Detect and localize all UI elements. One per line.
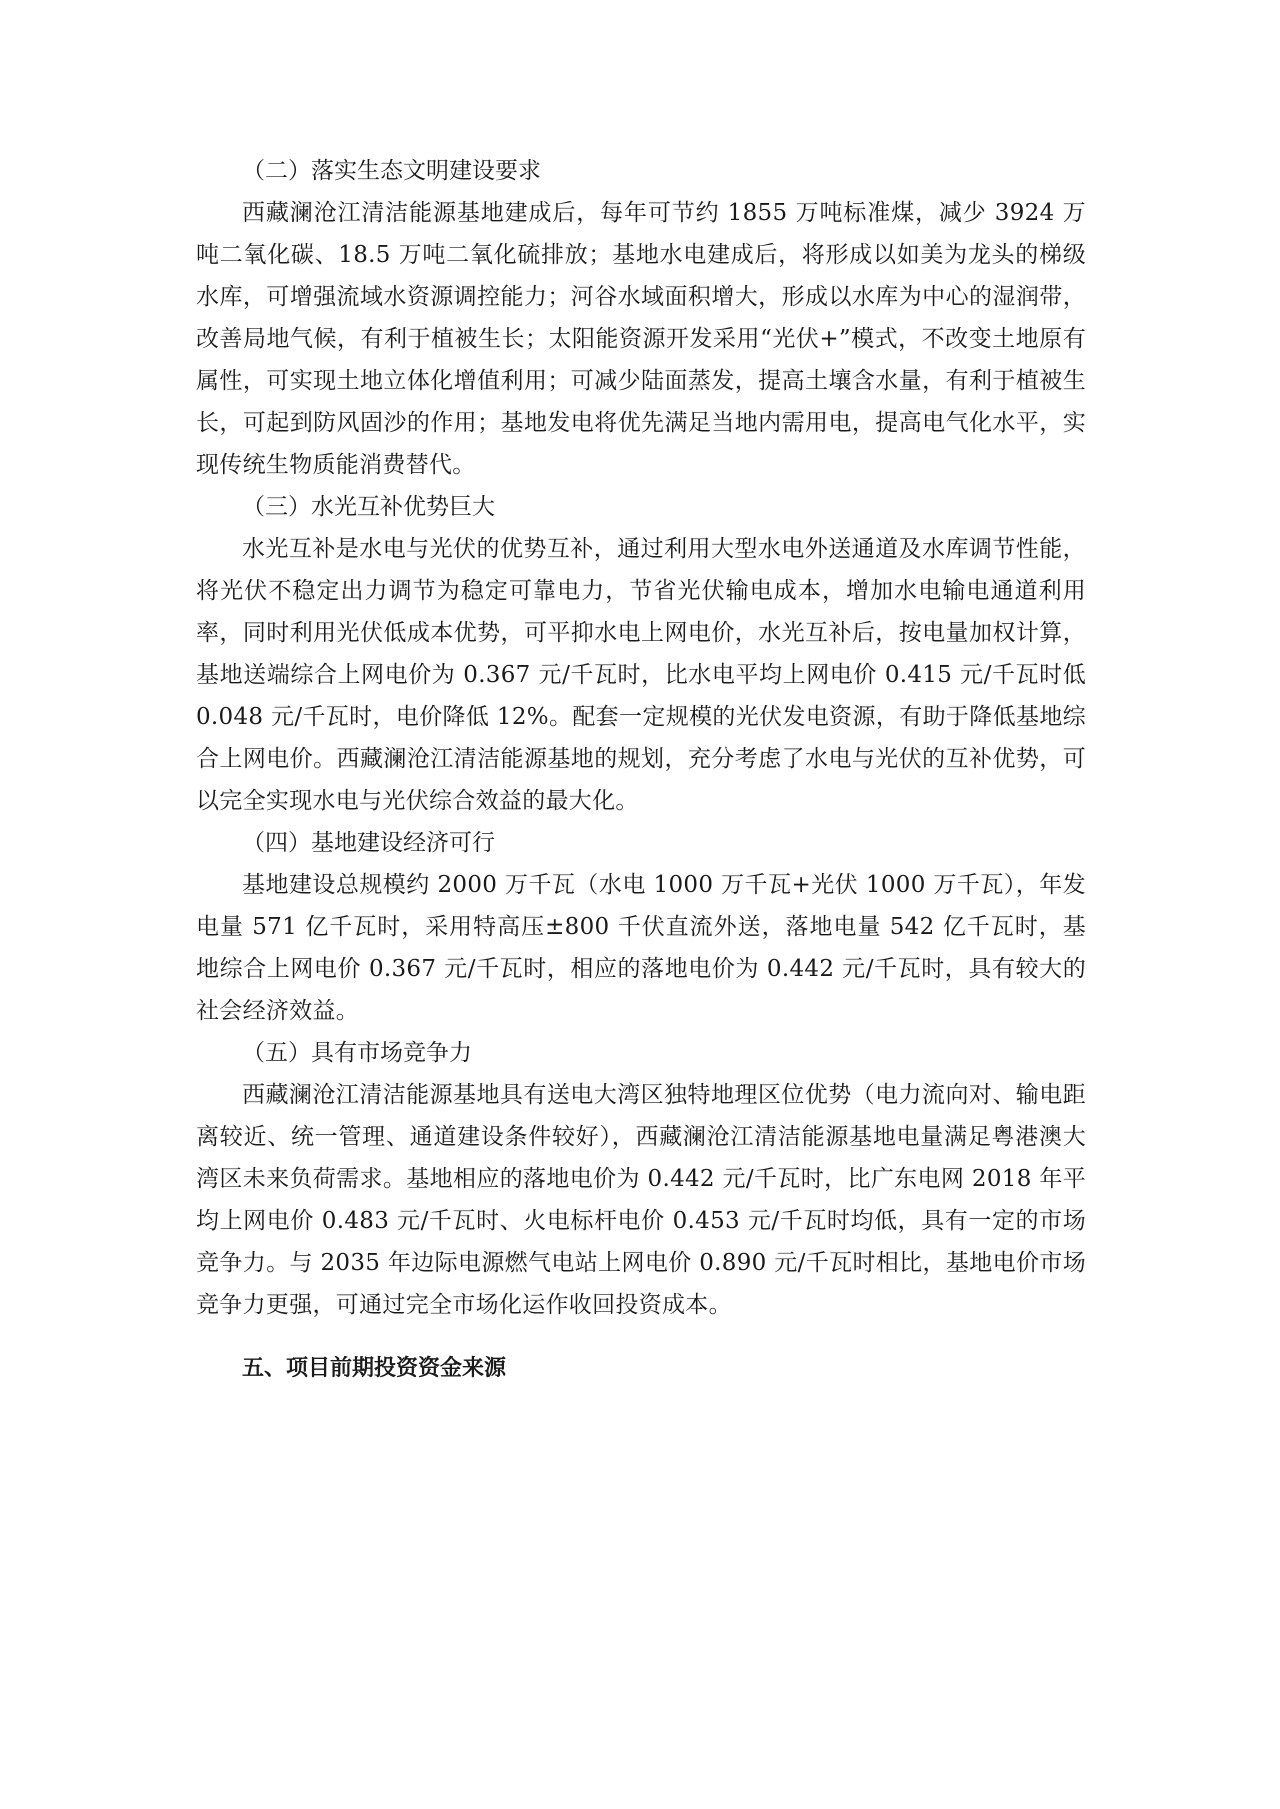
paragraph-hydro-solar: 水光互补是水电与光伏的优势互补，通过利用大型水电外送通道及水库调节性能，将光伏不… [196,528,1086,822]
subsection-heading-hydro-solar: （三）水光互补优势巨大 [196,486,1086,528]
paragraph-economic: 基地建设总规模约 2000 万千瓦（水电 1000 万千瓦+光伏 1000 万千… [196,864,1086,1032]
chapter-heading-funding: 五、项目前期投资资金来源 [196,1348,1086,1390]
paragraph-ecology: 西藏澜沧江清洁能源基地建成后，每年可节约 1855 万吨标准煤，减少 3924 … [196,192,1086,486]
document-page: （二）落实生态文明建设要求 西藏澜沧江清洁能源基地建成后，每年可节约 1855 … [196,150,1086,1390]
paragraph-market: 西藏澜沧江清洁能源基地具有送电大湾区独特地理区位优势（电力流向对、输电距离较近、… [196,1074,1086,1326]
subsection-heading-ecology: （二）落实生态文明建设要求 [196,150,1086,192]
subsection-heading-economic: （四）基地建设经济可行 [196,822,1086,864]
subsection-heading-market: （五）具有市场竞争力 [196,1032,1086,1074]
